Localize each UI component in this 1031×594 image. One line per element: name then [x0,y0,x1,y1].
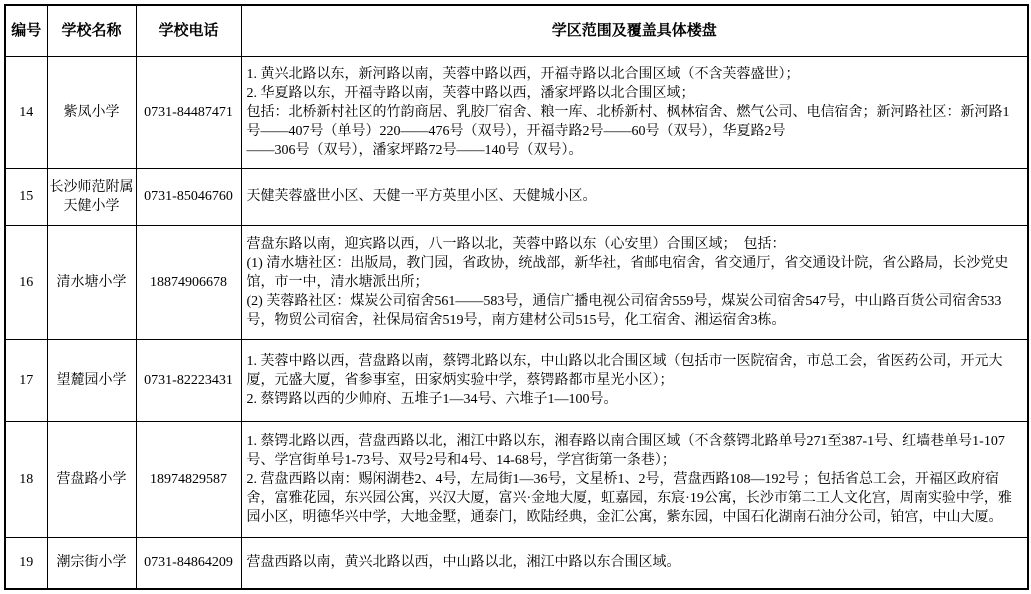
table-row: 17 望麓园小学 0731-82223431 1. 芙蓉中路以西，营盘路以南，蔡… [5,339,1028,421]
cell-school-name: 营盘路小学 [47,421,136,537]
document-page: 编号 学校名称 学校电话 学区范围及覆盖具体楼盘 14 紫凤小学 0731-84… [0,0,1031,594]
table-row: 15 长沙师范附属天健小学 0731-85046760 天健芙蓉盛世小区、天健一… [5,168,1028,225]
cell-school-name: 紫凤小学 [47,56,136,168]
cell-phone: 0731-84487471 [136,56,241,168]
header-number: 编号 [5,5,47,56]
header-row: 编号 学校名称 学校电话 学区范围及覆盖具体楼盘 [5,5,1028,56]
cell-number: 19 [5,537,47,589]
cell-district: 天健芙蓉盛世小区、天健一平方英里小区、天健城小区。 [241,168,1028,225]
table-row: 14 紫凤小学 0731-84487471 1. 黄兴北路以东，新河路以南，芙蓉… [5,56,1028,168]
table-row: 16 清水塘小学 18874906678 营盘东路以南，迎宾路以西，八一路以北，… [5,225,1028,339]
cell-number: 16 [5,225,47,339]
table-row: 19 潮宗街小学 0731-84864209 营盘西路以南，黄兴北路以西，中山路… [5,537,1028,589]
header-school-name: 学校名称 [47,5,136,56]
cell-number: 14 [5,56,47,168]
cell-number: 17 [5,339,47,421]
cell-phone: 0731-85046760 [136,168,241,225]
cell-phone: 18874906678 [136,225,241,339]
cell-school-name: 长沙师范附属天健小学 [47,168,136,225]
cell-phone: 0731-82223431 [136,339,241,421]
cell-district: 1. 黄兴北路以东，新河路以南，芙蓉中路以西，开福寺路以北合围区域（不含芙蓉盛世… [241,56,1028,168]
table-row: 18 营盘路小学 18974829587 1. 蔡锷北路以西，营盘西路以北，湘江… [5,421,1028,537]
cell-phone: 0731-84864209 [136,537,241,589]
cell-school-name: 清水塘小学 [47,225,136,339]
header-district: 学区范围及覆盖具体楼盘 [241,5,1028,56]
cell-district: 1. 芙蓉中路以西，营盘路以南，蔡锷北路以东，中山路以北合围区域（包括市一医院宿… [241,339,1028,421]
cell-district: 营盘西路以南，黄兴北路以西，中山路以北，湘江中路以东合围区域。 [241,537,1028,589]
cell-district: 1. 蔡锷北路以西，营盘西路以北，湘江中路以东，湘春路以南合围区域（不含蔡锷北路… [241,421,1028,537]
cell-number: 15 [5,168,47,225]
cell-phone: 18974829587 [136,421,241,537]
header-phone: 学校电话 [136,5,241,56]
cell-district: 营盘东路以南，迎宾路以西，八一路以北，芙蓉中路以东（心安里）合围区域； 包括： … [241,225,1028,339]
school-district-table: 编号 学校名称 学校电话 学区范围及覆盖具体楼盘 14 紫凤小学 0731-84… [4,4,1029,590]
cell-number: 18 [5,421,47,537]
cell-school-name: 望麓园小学 [47,339,136,421]
cell-school-name: 潮宗街小学 [47,537,136,589]
